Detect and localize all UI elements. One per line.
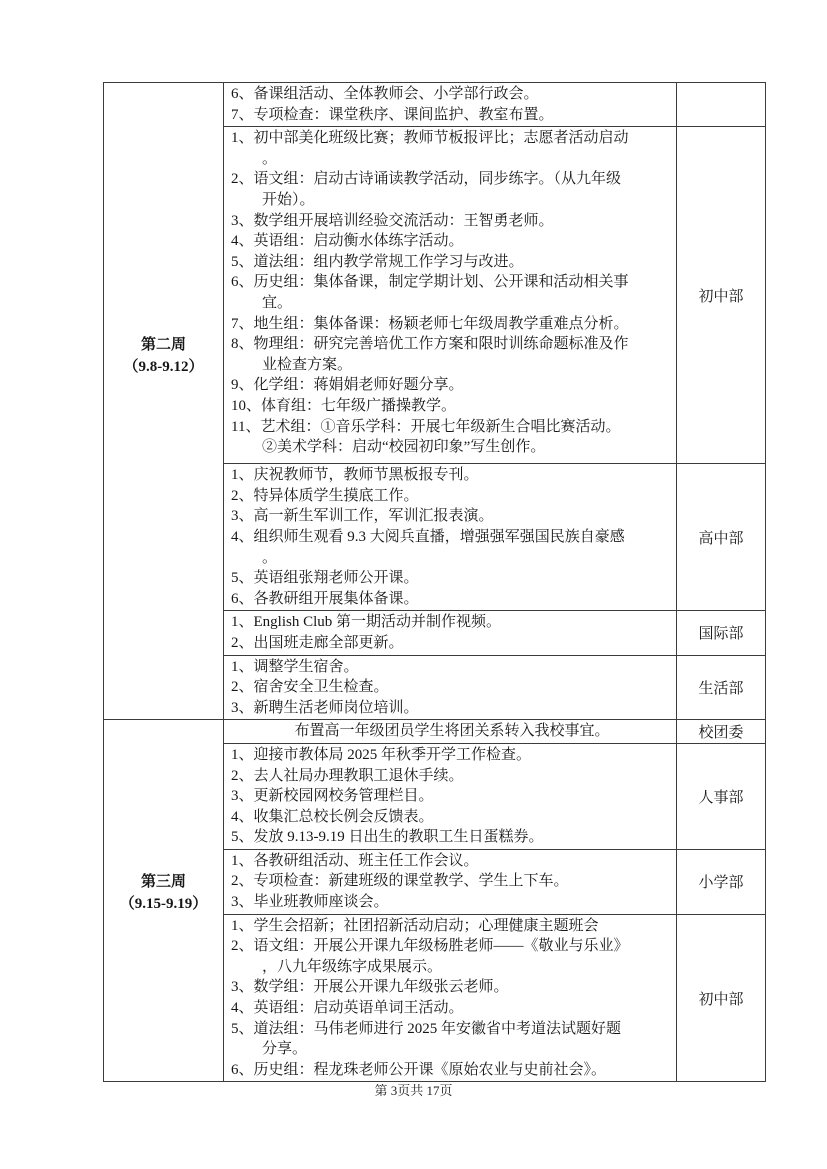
department-cell-international: 国际部 <box>677 611 766 655</box>
task-item: 2、去人社局办理教职工退休手续。 <box>231 766 673 787</box>
weekly-schedule-table: 第二周 （9.8-9.12） 6、备课组活动、全体教师会、小学部行政会。7、专项… <box>103 82 766 1082</box>
task-cell-junior-week2: 1、初中部美化班级比赛；教师节板报评比；志愿者活动启动 。2、语文组：启动古诗诵… <box>224 127 677 464</box>
task-item: 3、数学组：开展公开课九年级张云老师。 <box>231 977 673 998</box>
task-item: 3、高一新生军训工作，军训汇报表演。 <box>231 506 673 527</box>
week-label: 第二周 <box>104 334 223 356</box>
task-item: 5、发放 9.13-9.19 日出生的教职工生日蛋糕券。 <box>231 827 673 848</box>
task-item: 6、各教研组开展集体备课。 <box>231 589 673 610</box>
task-item: 2、语文组：开展公开课九年级杨胜老师——《敬业与乐业》 ，八九年级练字成果展示。 <box>231 936 673 977</box>
department-cell-junior-2: 初中部 <box>677 914 766 1082</box>
task-item: 4、英语组：启动英语单词王活动。 <box>231 998 673 1019</box>
task-item: 2、宿舍安全卫生检查。 <box>231 677 673 698</box>
task-cell-senior-week2: 1、庆祝教师节，教师节黑板报专刊。2、特异体质学生摸底工作。3、高一新生军训工作… <box>224 464 677 611</box>
task-item: 3、数学组开展培训经验交流活动：王智勇老师。 <box>231 211 673 232</box>
task-item: 8、物理组：研究完善培优工作方案和限时训练命题标准及作 业检查方案。 <box>231 334 673 375</box>
department-cell-boarding: 生活部 <box>677 655 766 720</box>
task-item: 7、专项检查：课堂秩序、课间监护、教室布置。 <box>231 105 673 126</box>
task-item: 7、地生组：集体备课：杨颖老师七年级周教学重难点分析。 <box>231 314 673 335</box>
task-cell-youth-league: 布置高一年级团员学生将团关系转入我校事宜。 <box>224 720 677 744</box>
task-cell-carryover: 6、备课组活动、全体教师会、小学部行政会。7、专项检查：课堂秩序、课间监护、教室… <box>224 83 677 127</box>
task-item: 2、专项检查：新建班级的课堂教学、学生上下车。 <box>231 871 673 892</box>
task-item: 6、历史组：集体备课，制定学期计划、公开课和活动相关事 宜。 <box>231 272 673 313</box>
task-item: 4、组织师生观看 9.3 大阅兵直播，增强强军强国民族自豪感 。 <box>231 527 673 568</box>
task-item: 11、艺术组：①音乐学科：开展七年级新生合唱比赛活动。 ②美术学科：启动“校园初… <box>231 417 673 458</box>
task-item: 2、语文组：启动古诗诵读教学活动，同步练字。（从九年级 开始）。 <box>231 169 673 210</box>
task-item: 3、新聘生活老师岗位培训。 <box>231 698 673 719</box>
week-dates: （9.8-9.12） <box>104 356 223 378</box>
task-item: 3、更新校园网校务管理栏目。 <box>231 786 673 807</box>
task-item: 1、各教研组活动、班主任工作会议。 <box>231 851 673 872</box>
task-item: 布置高一年级团员学生将团关系转入我校事宜。 <box>231 721 673 742</box>
task-cell-primary-week3: 1、各教研组活动、班主任工作会议。2、专项检查：新建班级的课堂教学、学生上下车。… <box>224 849 677 914</box>
task-item: 4、英语组：启动衡水体练字活动。 <box>231 231 673 252</box>
task-item: 9、化学组：蒋娟娟老师好题分享。 <box>231 375 673 396</box>
task-item: 4、收集汇总校长例会反馈表。 <box>231 807 673 828</box>
task-item: 2、出国班走廊全部更新。 <box>231 633 673 654</box>
department-cell-youth-league: 校团委 <box>677 720 766 744</box>
page-footer: 第 3页共 17页 <box>0 1080 827 1099</box>
task-item: 1、迎接市教体局 2025 年秋季开学工作检查。 <box>231 745 673 766</box>
task-cell-hr-week3: 1、迎接市教体局 2025 年秋季开学工作检查。2、去人社局办理教职工退休手续。… <box>224 743 677 849</box>
department-cell-junior: 初中部 <box>677 127 766 464</box>
department-cell-hr: 人事部 <box>677 743 766 849</box>
task-item: 1、学生会招新；社团招新活动启动；心理健康主题班会 <box>231 916 673 937</box>
week-dates: （9.15-9.19） <box>104 893 223 915</box>
week-cell-week3: 第三周 （9.15-9.19） <box>104 720 224 1082</box>
department-cell-primary: 小学部 <box>677 849 766 914</box>
task-item: 5、道法组：马伟老师进行 2025 年安徽省中考道法试题好题 分享。 <box>231 1019 673 1060</box>
week-cell-week2: 第二周 （9.8-9.12） <box>104 83 224 720</box>
task-item: 6、备课组活动、全体教师会、小学部行政会。 <box>231 84 673 105</box>
task-item: 1、English Club 第一期活动并制作视频。 <box>231 612 673 633</box>
task-item: 6、历史组：程龙珠老师公开课《原始农业与史前社会》。 <box>231 1060 673 1081</box>
task-cell-boarding-week2: 1、调整学生宿舍。2、宿舍安全卫生检查。3、新聘生活老师岗位培训。 <box>224 655 677 720</box>
department-cell-senior: 高中部 <box>677 464 766 611</box>
task-item: 1、庆祝教师节，教师节黑板报专刊。 <box>231 465 673 486</box>
task-item: 10、体育组：七年级广播操教学。 <box>231 396 673 417</box>
task-item: 5、道法组：组内教学常规工作学习与改进。 <box>231 252 673 273</box>
week-label: 第三周 <box>104 871 223 893</box>
task-item: 1、调整学生宿舍。 <box>231 657 673 678</box>
task-item: 5、英语组张翔老师公开课。 <box>231 568 673 589</box>
task-item: 2、特异体质学生摸底工作。 <box>231 486 673 507</box>
task-item: 3、毕业班教师座谈会。 <box>231 892 673 913</box>
task-cell-international-week2: 1、English Club 第一期活动并制作视频。2、出国班走廊全部更新。 <box>224 611 677 655</box>
task-item: 1、初中部美化班级比赛；教师节板报评比；志愿者活动启动 。 <box>231 128 673 169</box>
task-cell-junior-week3: 1、学生会招新；社团招新活动启动；心理健康主题班会2、语文组：开展公开课九年级杨… <box>224 914 677 1082</box>
department-cell-empty <box>677 83 766 127</box>
